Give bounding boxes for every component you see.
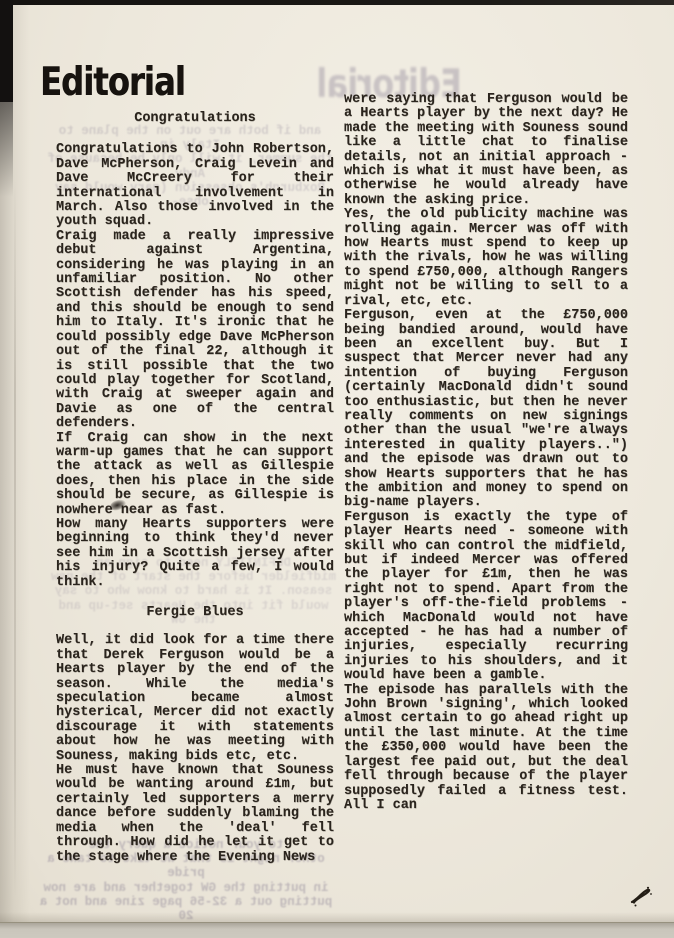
page-title: Editorial xyxy=(40,60,185,105)
scanned-page: Editorial and if both are out on the pla… xyxy=(0,0,674,938)
page-crease-line xyxy=(14,180,16,898)
page-bottom-edge-shadow xyxy=(0,912,674,922)
scanner-bed-strip xyxy=(0,922,674,938)
ink-scribble-mark xyxy=(628,886,654,908)
paragraph: If Craig can show in the next warm-up ga… xyxy=(56,432,334,518)
paragraph: Ferguson is exactly the type of player H… xyxy=(344,511,628,684)
scan-corner-bar-fade xyxy=(0,102,13,197)
paragraph: Ferguson, even at the £750,000 being ban… xyxy=(344,309,628,511)
paragraph: How many Hearts supporters were beginnin… xyxy=(56,518,334,590)
section-heading-fergie-blues: Fergie Blues xyxy=(56,606,334,620)
paragraph: were saying that Ferguson would be a Hea… xyxy=(344,93,628,208)
scan-corner-black-bar xyxy=(0,0,13,102)
paragraph: He must have known that Souness would be… xyxy=(56,764,334,865)
right-column: were saying that Ferguson would be a Hea… xyxy=(344,93,628,813)
ghost-line: in putting the GW together and are now xyxy=(36,881,336,895)
scan-top-edge xyxy=(0,0,674,5)
paragraph: Yes, the old publicity machine was rolli… xyxy=(344,208,628,309)
paragraph: Congratulations to John Robertson, Dave … xyxy=(56,143,334,229)
section-heading-congratulations: Congratulations xyxy=(56,112,334,126)
left-column: Congratulations Congratulations to John … xyxy=(56,112,334,865)
paragraph: Well, it did look for a time there that … xyxy=(56,634,334,764)
paragraph: Craig made a really impressive debut aga… xyxy=(56,230,334,432)
paragraph: The episode has parallels with the John … xyxy=(344,684,628,814)
